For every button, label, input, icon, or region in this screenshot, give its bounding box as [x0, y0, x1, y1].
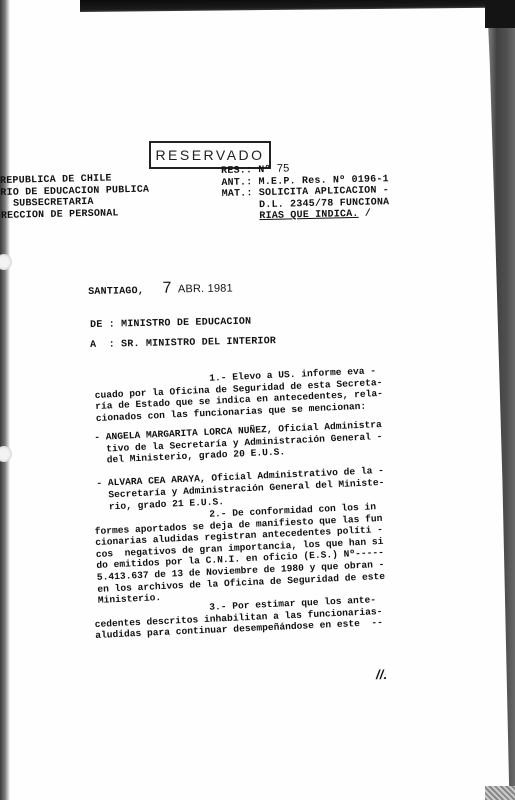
place: SANTIAGO,: [88, 286, 144, 298]
date-line: SANTIAGO, 7 ABR. 1981: [88, 278, 233, 299]
scanned-document-page: RESERVADO REPUBLICA DE CHILE RIO DE EDUC…: [0, 0, 515, 800]
date-month-year: ABR. 1981: [178, 282, 233, 295]
mat-line: D.L. 2345/78 FUNCIONA: [259, 197, 389, 211]
scan-corner-shadow: [485, 0, 515, 28]
reference-block: RES.: Nº 75 ANT.: M.E.P. Res. Nº 0196-1 …: [221, 161, 390, 223]
scan-artifact: [485, 786, 515, 800]
date-day: 7: [162, 280, 171, 297]
continuation-mark: //.: [376, 667, 387, 682]
ant-label: ANT.:: [221, 177, 252, 189]
paragraph-2: 2.- De conformidad con los in formes apo…: [94, 499, 438, 607]
punch-hole: [0, 446, 12, 462]
res-number: 75: [277, 162, 290, 174]
from-line: DE : MINISTRO DE EDUCACION: [90, 317, 251, 331]
letterhead-line: RECCION DE PERSONAL: [1, 208, 119, 222]
scan-right-edge: [487, 0, 515, 800]
res-label: RES.:: [221, 165, 252, 177]
employee-list: - ANGELA MARGARITA LORCA NUÑEZ, Oficial …: [94, 417, 437, 513]
res-value: Nº: [258, 165, 271, 176]
paragraph-1: 1.- Elevo a US. informe eva - cuado por …: [94, 363, 436, 425]
mat-label: MAT.:: [222, 188, 253, 200]
mat-line: RIAS QUE INDICA.: [259, 209, 358, 222]
scan-left-edge: [0, 0, 10, 800]
to-line: A : SR. MINISTRO DEL INTERIOR: [90, 336, 276, 351]
letterhead: REPUBLICA DE CHILE RIO DE EDUCACION PUBL…: [0, 173, 150, 222]
scan-top-shadow: [80, 0, 490, 12]
punch-hole: [0, 254, 12, 270]
